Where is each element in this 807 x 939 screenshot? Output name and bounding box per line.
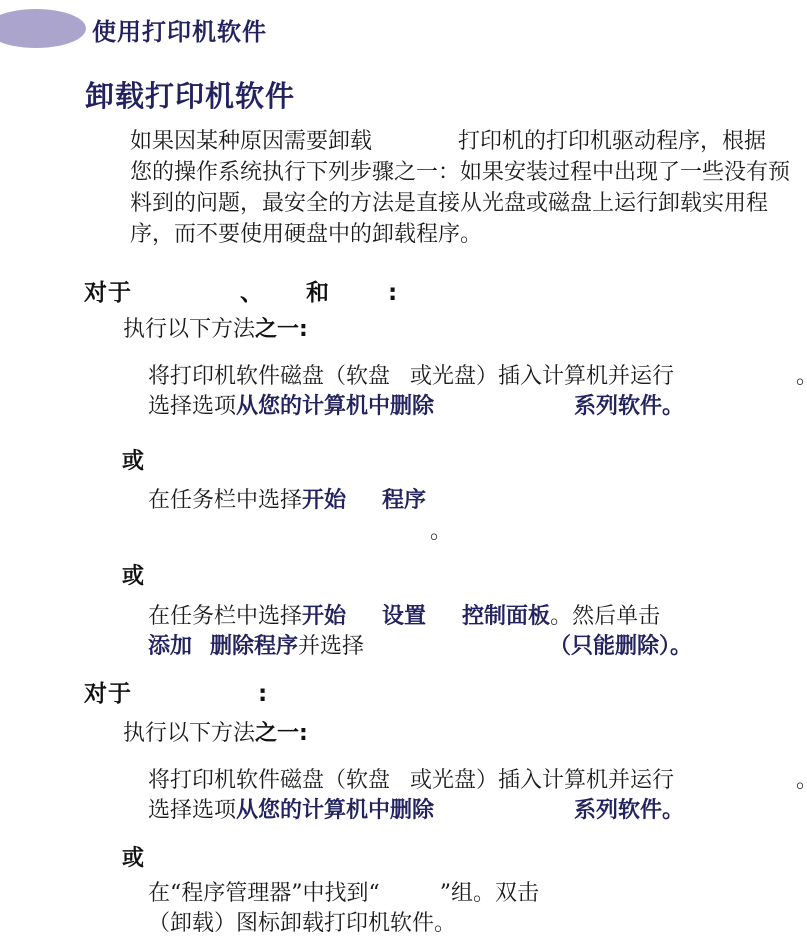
manual-page: 使用打印机软件 卸载打印机软件 如果因某种原因需要卸载打印机的打印机驱动程序，根… [0, 0, 807, 939]
start-programs-period: 。 [430, 514, 452, 545]
section-b-disk-item: 将打印机软件磁盘（软盘或光盘）插入计算机并运行。 选择选项从您的计算机中删除系列… [148, 766, 807, 826]
intro-line-3: 料到的问题，最安全的方法是直接从光盘或磁盘上运行卸载实用程 [130, 188, 790, 219]
program-manager-item: 在“程序管理器”中找到“”组。双击 （卸载）图标卸载打印机软件。 [148, 879, 539, 939]
disk-item-line-1: 将打印机软件磁盘（软盘或光盘）插入计算机并运行。 [148, 362, 807, 392]
or-separator-2: 或 [122, 559, 144, 590]
section-b-heading: 对于: [84, 675, 268, 708]
intro-line-1: 如果因某种原因需要卸载打印机的打印机驱动程序，根据 [130, 126, 790, 157]
add-remove-line: 添加删除程序并选择（只能删除）。 [148, 629, 692, 660]
progman-line-1: 在“程序管理器”中找到“”组。双击 [148, 879, 539, 909]
start-programs-line: 在任务栏中选择开始程序 [148, 483, 426, 514]
section-a-heading: 对于、和: [84, 274, 398, 307]
chapter-kicker: 使用打印机软件 [92, 12, 267, 47]
disk-item-line-2: 选择选项从您的计算机中删除系列软件。 [148, 392, 807, 422]
progman-line-2: （卸载）图标卸载打印机软件。 [148, 909, 539, 939]
section-a-step-intro: 执行以下方法之一: [123, 312, 308, 343]
control-panel-line: 在任务栏中选择开始设置控制面板。然后单击 [148, 599, 660, 630]
intro-paragraph: 如果因某种原因需要卸载打印机的打印机驱动程序，根据 您的操作系统执行下列步骤之一… [130, 126, 790, 250]
or-separator-1: 或 [122, 444, 144, 475]
section-bullet-ellipse-icon [0, 9, 86, 48]
intro-line-2: 您的操作系统执行下列步骤之一：如果安装过程中出现了一些没有预 [130, 157, 790, 188]
section-a-disk-item: 将打印机软件磁盘（软盘或光盘）插入计算机并运行。 选择选项从您的计算机中删除系列… [148, 362, 807, 422]
disk-item-line-2: 选择选项从您的计算机中删除系列软件。 [148, 796, 807, 826]
page-title: 卸载打印机软件 [85, 74, 295, 115]
or-separator-3: 或 [122, 841, 144, 872]
intro-line-4: 序，而不要使用硬盘中的卸载程序。 [130, 219, 790, 250]
disk-item-line-1: 将打印机软件磁盘（软盘或光盘）插入计算机并运行。 [148, 766, 807, 796]
section-b-step-intro: 执行以下方法之一: [123, 716, 308, 747]
